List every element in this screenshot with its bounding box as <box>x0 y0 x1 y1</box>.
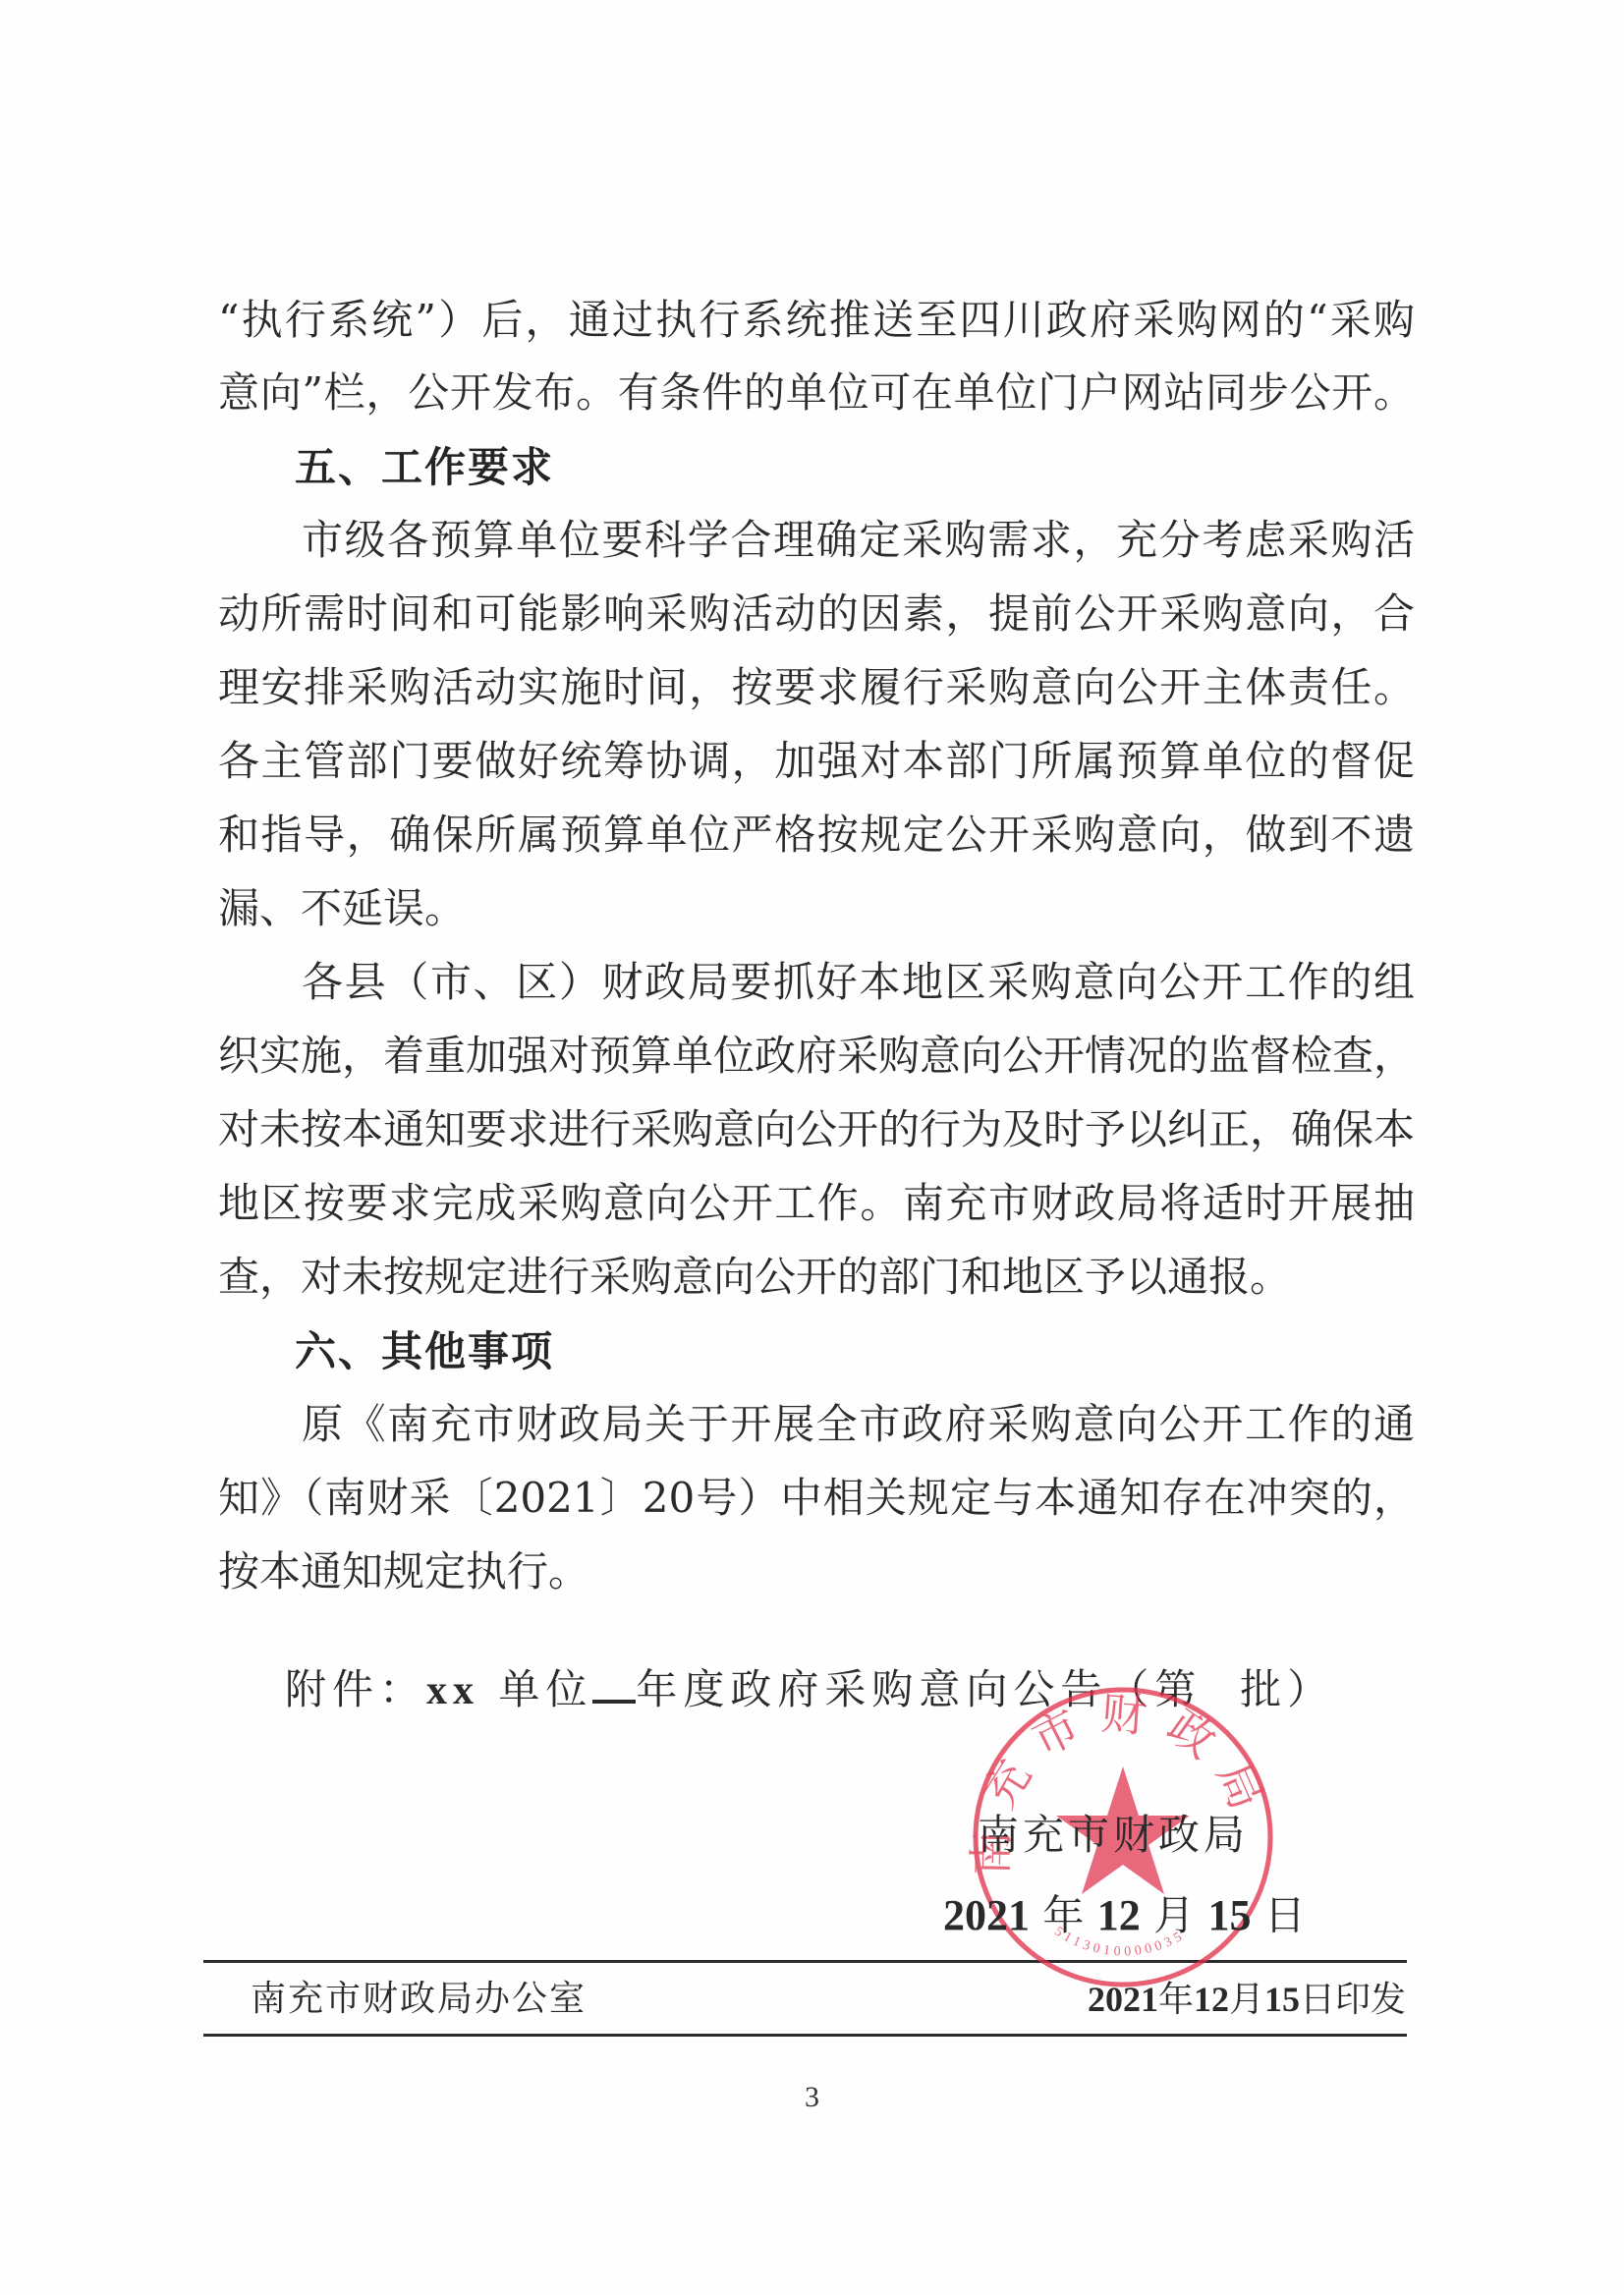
page-number: 3 <box>0 2081 1624 2114</box>
section-heading-other-matters: 六、其他事项 <box>295 1322 554 1381</box>
body-line: 和指导，确保所属预算单位严格按规定公开采购意向，做到不遗 <box>218 806 1415 865</box>
body-line: 原《南充市财政局关于开展全市政府采购意向公开工作的通 <box>302 1395 1415 1454</box>
body-line: 意向”栏，公开发布。有条件的单位可在单位门户网站同步公开。 <box>218 364 1415 422</box>
body-line: 漏、不延误。 <box>218 879 1415 938</box>
body-line: 理安排采购活动实施时间，按要求履行采购意向公开主体责任。 <box>218 658 1415 717</box>
body-line: 知》（南财采〔2021〕20号）中相关规定与本通知存在冲突的， <box>218 1469 1415 1528</box>
body-line: 按本通知规定执行。 <box>218 1542 1415 1601</box>
signature-organization: 南充市财政局 <box>978 1806 1249 1865</box>
attachment-unit-prefix: xx <box>426 1668 479 1713</box>
issue-suffix: 日印发 <box>1300 1980 1406 2020</box>
document-page: “执行系统”）后，通过执行系统推送至四川政府采购网的“采购 意向”栏，公开发布。… <box>0 0 1624 2295</box>
body-line: “执行系统”）后，通过执行系统推送至四川政府采购网的“采购 <box>218 291 1415 350</box>
body-line: 动所需时间和可能影响采购活动的因素，提前公开采购意向，合 <box>218 585 1415 644</box>
attachment-label: 附件： <box>285 1665 426 1713</box>
section-heading-work-requirements: 五、工作要求 <box>295 438 554 497</box>
footer-issuer: 南充市财政局办公室 <box>251 1970 587 2029</box>
signature-month: 12 <box>1097 1891 1141 1939</box>
signature-day: 15 <box>1207 1891 1251 1939</box>
body-line: 各主管部门要做好统筹协调，加强对本部门所属预算单位的督促 <box>218 732 1415 791</box>
month-unit: 月 <box>1153 1891 1195 1939</box>
signature-year: 2021 <box>943 1891 1030 1939</box>
body-line: 对未按本通知要求进行采购意向公开的行为及时予以纠正，确保本 <box>218 1100 1415 1159</box>
attachment-unit-text: 单位 <box>498 1665 592 1713</box>
body-line: 查，对未按规定进行采购意向公开的部门和地区予以通报。 <box>218 1248 1415 1307</box>
body-line: 各县（市、区）财政局要抓好本地区采购意向公开工作的组 <box>302 953 1415 1012</box>
year-unit: 年 <box>1042 1891 1084 1939</box>
body-line: 地区按要求完成采购意向公开工作。南充市财政局将适时开展抽 <box>218 1174 1415 1233</box>
body-line: 织实施，着重加强对预算单位政府采购意向公开情况的监督检查， <box>218 1027 1415 1086</box>
attachment-year-blank <box>592 1670 636 1704</box>
signature-date: 2021 年 12 月 15 日 <box>943 1886 1306 1945</box>
body-line: 市级各预算单位要科学合理确定采购需求，充分考虑采购活 <box>302 511 1415 570</box>
footer-bottom-rule <box>203 2034 1407 2037</box>
day-unit: 日 <box>1264 1891 1306 1939</box>
